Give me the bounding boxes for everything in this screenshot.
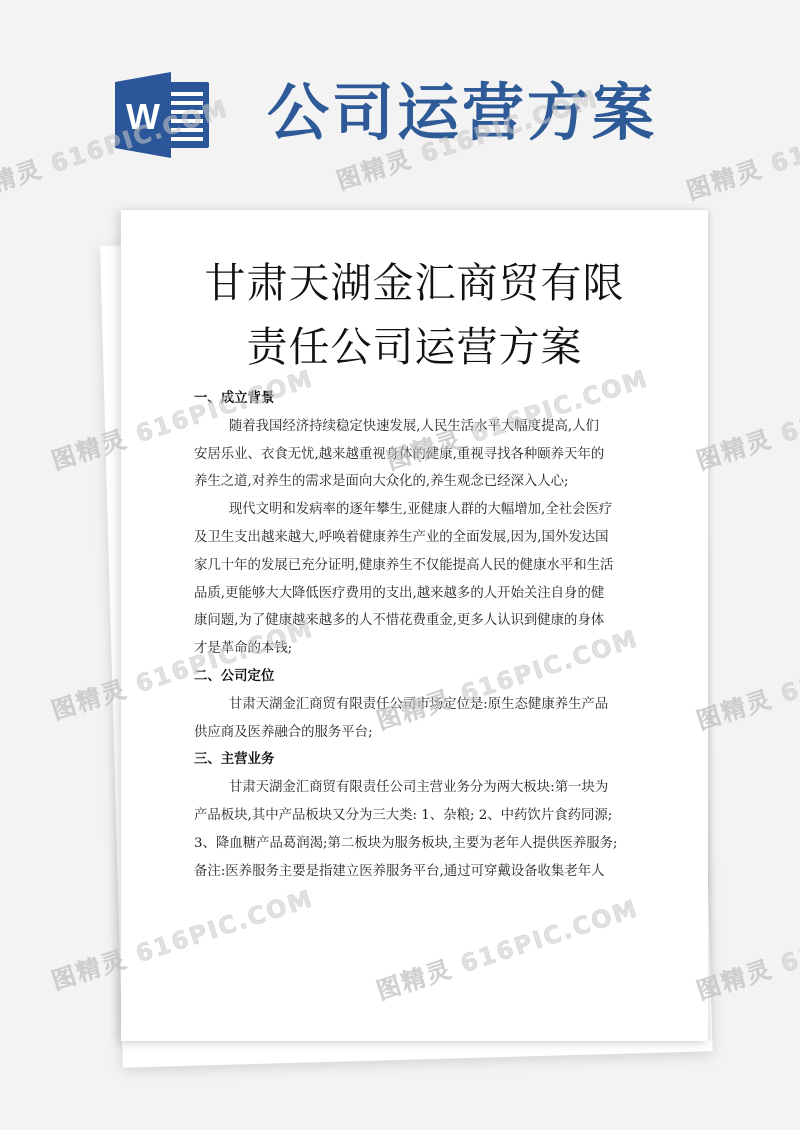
- paragraph: 现代文明和发病率的逐年攀生,亚健康人群的大幅增加,全社会医疗 及卫生支出越来越大…: [194, 496, 624, 663]
- document-page: 甘肃天湖金汇商贸有限 责任公司运营方案 一、成立背景 随着我国经济持续稳定快速发…: [121, 210, 708, 1041]
- text-line: 现代文明和发病率的逐年攀生,亚健康人群的大幅增加,全社会医疗: [194, 496, 624, 524]
- text-line: 甘肃天湖金汇商贸有限责任公司市场定位是:原生态健康养生产品: [194, 691, 624, 719]
- section-heading: 三、主营业务: [194, 746, 624, 774]
- banner: W 公司运营方案: [0, 0, 800, 200]
- text-line: 及卫生支出越来越大,呼唤着健康养生产业的全面发展,因为,国外发达国: [194, 524, 624, 552]
- svg-text:W: W: [126, 96, 160, 137]
- text-line: 养生之道,对养生的需求是面向大众化的,养生观念已经深入人心;: [194, 468, 624, 496]
- document-body: 一、成立背景 随着我国经济持续稳定快速发展,人民生活水平大幅度提高,人们 安居乐…: [194, 385, 624, 885]
- text-line: 家几十年的发展已充分证明,健康养生不仅能提高人民的健康水平和生活: [194, 552, 624, 580]
- document-title-line-1: 甘肃天湖金汇商贸有限: [121, 250, 708, 309]
- text-line: 产品板块,其中产品板块又分为三大类: 1、杂粮; 2、中药饮片食药同源;: [194, 802, 624, 830]
- document-title-line-2: 责任公司运营方案: [121, 314, 708, 373]
- microsoft-word-icon: W: [113, 72, 213, 158]
- text-line: 品质,更能够大大降低医疗费用的支出,越来越多的人开始关注自身的健: [194, 580, 624, 608]
- text-line: 康问题,为了健康越来越多的人不惜花费重金,更多人认识到健康的身体: [194, 607, 624, 635]
- text-line: 安居乐业、衣食无忧,越来越重视身体的健康,重视寻找各种颐养天年的: [194, 441, 624, 469]
- section-heading: 一、成立背景: [194, 385, 624, 413]
- paragraph: 甘肃天湖金汇商贸有限责任公司主营业务分为两大板块:第一块为 产品板块,其中产品板…: [194, 774, 624, 885]
- text-line: 供应商及医养融合的服务平台;: [194, 719, 624, 747]
- text-line: 随着我国经济持续稳定快速发展,人民生活水平大幅度提高,人们: [194, 413, 624, 441]
- text-line: 备注:医养服务主要是指建立医养服务平台,通过可穿戴设备收集老年人: [194, 858, 624, 886]
- section-heading: 二、公司定位: [194, 663, 624, 691]
- text-line: 才是革命的本钱;: [194, 635, 624, 663]
- paragraph: 随着我国经济持续稳定快速发展,人民生活水平大幅度提高,人们 安居乐业、衣食无忧,…: [194, 413, 624, 496]
- text-line: 3、降血糖产品葛润渴;第二板块为服务板块,主要为老年人提供医养服务;: [194, 830, 624, 858]
- banner-title: 公司运营方案: [267, 78, 657, 148]
- text-line: 甘肃天湖金汇商贸有限责任公司主营业务分为两大板块:第一块为: [194, 774, 624, 802]
- paragraph: 甘肃天湖金汇商贸有限责任公司市场定位是:原生态健康养生产品 供应商及医养融合的服…: [194, 691, 624, 747]
